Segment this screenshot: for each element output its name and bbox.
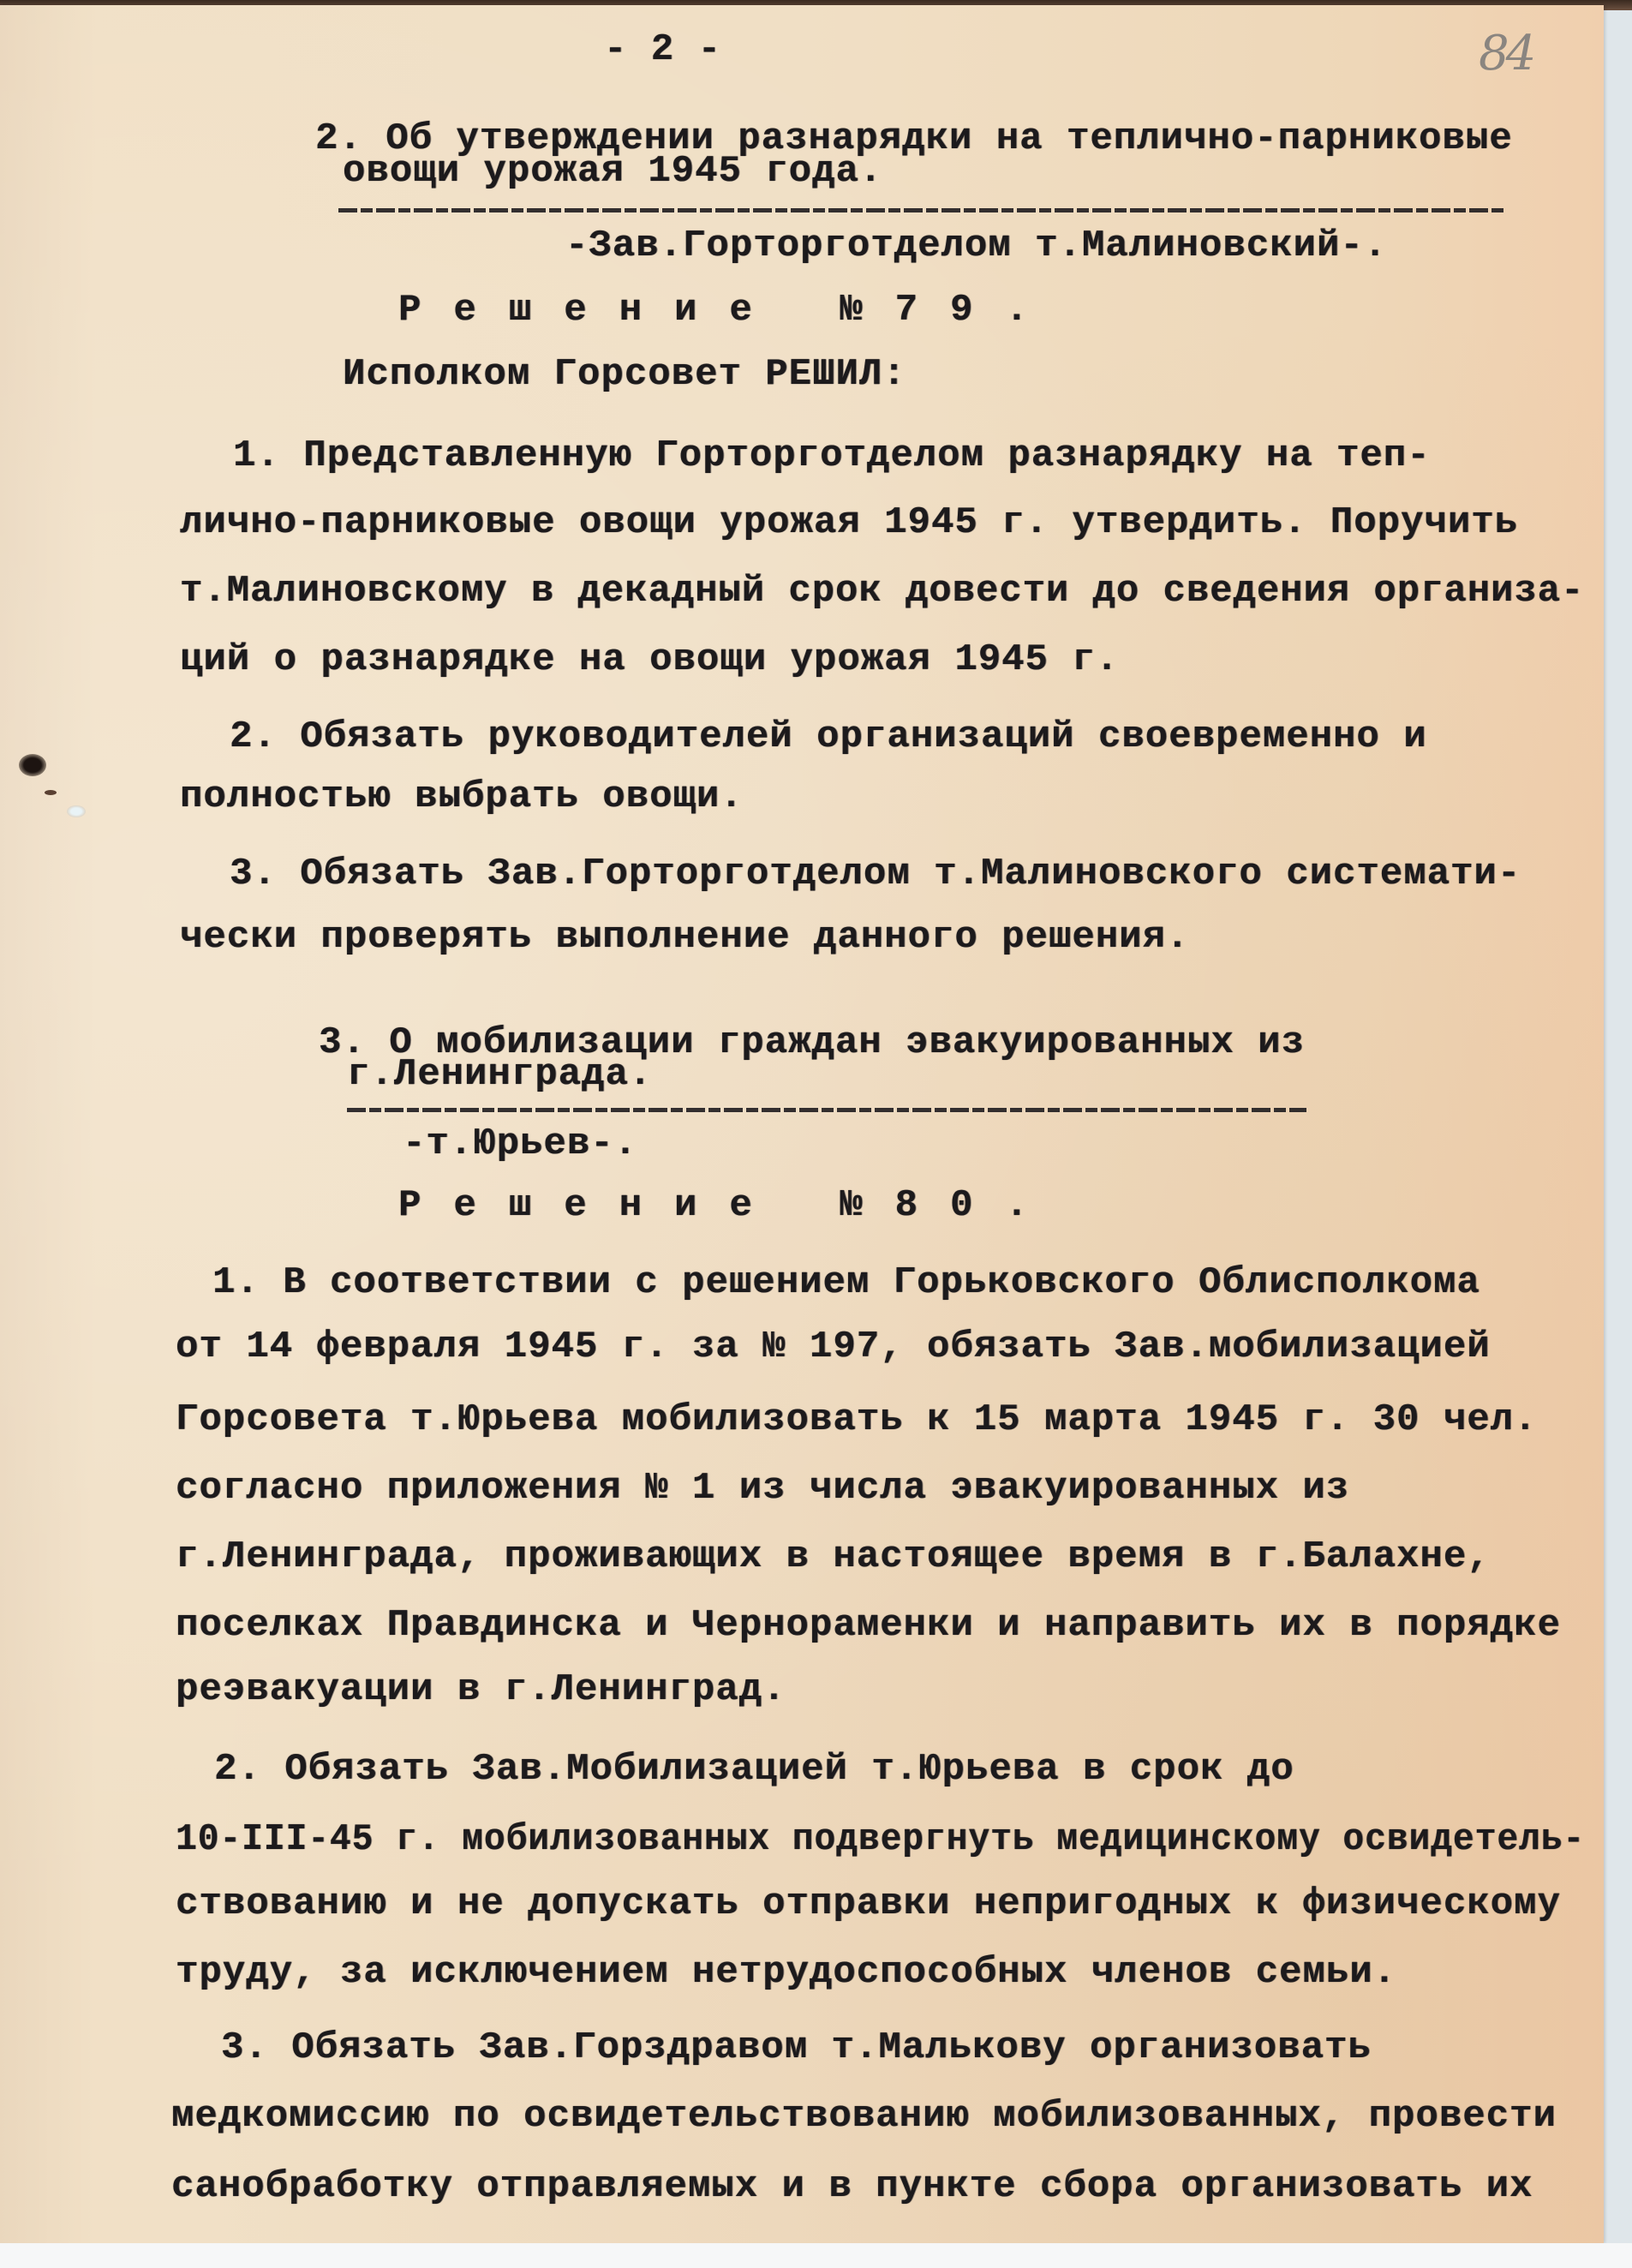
punch-hole <box>19 754 46 776</box>
decision-79-line: чески проверять выполнение данного решен… <box>180 919 1189 956</box>
decision-79-heading: Решение №79. <box>398 291 1061 329</box>
decision-80-line: 2. Обязать Зав.Мобилизацией т.Юрьева в с… <box>214 1750 1294 1788</box>
decision-80-line: ствованию и не допускать отправки неприг… <box>176 1885 1561 1923</box>
decision-79-line: полностью выбрать овощи. <box>180 778 744 816</box>
decision-80-line: реэвакуации в г.Ленинград. <box>176 1671 786 1708</box>
decision-80-line: 1. В соответствии с решением Горьковског… <box>212 1264 1480 1302</box>
punch-hole-tear <box>67 805 86 817</box>
decision-80-line: г.Ленинграда, проживающих в настоящее вр… <box>176 1538 1491 1576</box>
decision-80-line: от 14 февраля 1945 г. за № 197, обязать … <box>176 1328 1491 1366</box>
underline-rule <box>338 208 1503 212</box>
decision-79-preamble: Исполком Горсовет РЕШИЛ: <box>343 356 906 393</box>
page-number: - 2 - <box>604 31 721 69</box>
agenda-item-3-title-cont: г.Ленинграда. <box>347 1056 652 1093</box>
decision-80-line: Горсовета т.Юрьева мобилизовать к 15 мар… <box>176 1401 1537 1439</box>
decision-80-line: труду, за исключением нетрудоспособных ч… <box>176 1954 1396 1991</box>
decision-80-heading: Решение №80. <box>398 1187 1061 1224</box>
decision-79-line: ций о разнарядке на овощи урожая 1945 г. <box>180 641 1119 679</box>
underline-rule <box>347 1108 1306 1112</box>
decision-79-line: 1. Представленную Горторготделом разнаря… <box>233 437 1431 475</box>
item-2-speaker: -Зав.Горторготделом т.Малиновский-. <box>565 227 1387 265</box>
decision-80-line: санобработку отправляемых и в пункте сбо… <box>171 2168 1533 2205</box>
decision-80-line: 10-III-45 г. мобилизованных подвергнуть … <box>176 1821 1585 1858</box>
archive-sheet-number: 84 <box>1479 26 1533 81</box>
decision-80-line: 3. Обязать Зав.Горздравом т.Малькову орг… <box>221 2029 1372 2067</box>
scan-bottom-edge <box>0 2243 1632 2268</box>
decision-79-line: 3. Обязать Зав.Горторготделом т.Малиновс… <box>230 855 1521 893</box>
decision-79-line: 2. Обязать руководителей организаций сво… <box>230 718 1427 756</box>
item-3-speaker: -т.Юрьев-. <box>403 1125 637 1163</box>
decision-79-line: лично-парниковые овощи урожая 1945 г. ут… <box>180 504 1518 542</box>
decision-80-line: поселках Правдинска и Чернораменки и нап… <box>176 1607 1561 1644</box>
agenda-item-2-title-cont: овощи урожая 1945 года. <box>343 153 882 190</box>
punch-hole-tear <box>45 790 57 795</box>
decision-80-line: медкомиссию по освидетельствованию мобил… <box>171 2097 1557 2135</box>
decision-79-line: т.Малиновскому в декадный срок довести д… <box>180 572 1584 610</box>
decision-80-line: согласно приложения № 1 из числа эвакуир… <box>176 1469 1349 1507</box>
